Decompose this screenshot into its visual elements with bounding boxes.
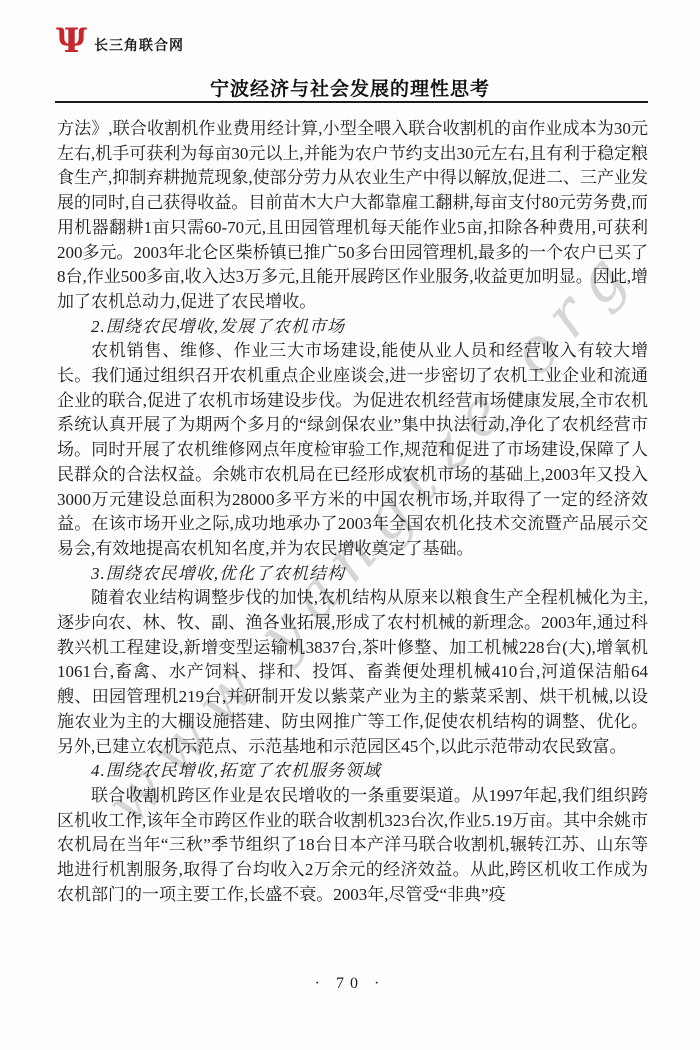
section-heading: 3.围绕农民增收,优化了农机结构 <box>57 562 648 587</box>
paragraph: 方法》,联合收割机作业费用经计算,小型全喂入联合收割机的亩作业成本为30元左右,… <box>57 117 648 315</box>
title-divider <box>55 101 648 103</box>
paragraph: 随着农业结构调整步伐的加快,农机结构从原来以粮食生产全程机械化为主,逐步向农、林… <box>57 586 648 759</box>
document-page: Ψ 长三角联合网 宁波经济与社会发展的理性思考 www.yangtze.org … <box>0 0 700 1050</box>
site-name: 长三角联合网 <box>94 27 184 55</box>
section-heading: 4.围绕农民增收,拓宽了农机服务领域 <box>57 759 648 784</box>
paragraph: 联合收割机跨区作业是农民增收的一条重要渠道。从1997年起,我们组织跨区机收工作… <box>57 784 648 908</box>
section-heading: 2.围绕农民增收,发展了农机市场 <box>57 315 648 340</box>
psi-trident-icon: Ψ <box>56 24 87 58</box>
site-logo: Ψ 长三角联合网 <box>56 24 184 58</box>
paragraph: 农机销售、维修、作业三大市场建设,能使从业人员和经营收入有较大增长。我们通过组织… <box>57 339 648 561</box>
page-title: 宁波经济与社会发展的理性思考 <box>0 74 700 101</box>
article-body: 方法》,联合收割机作业费用经计算,小型全喂入联合收割机的亩作业成本为30元左右,… <box>57 117 648 908</box>
page-number: · 70 · <box>0 975 700 993</box>
